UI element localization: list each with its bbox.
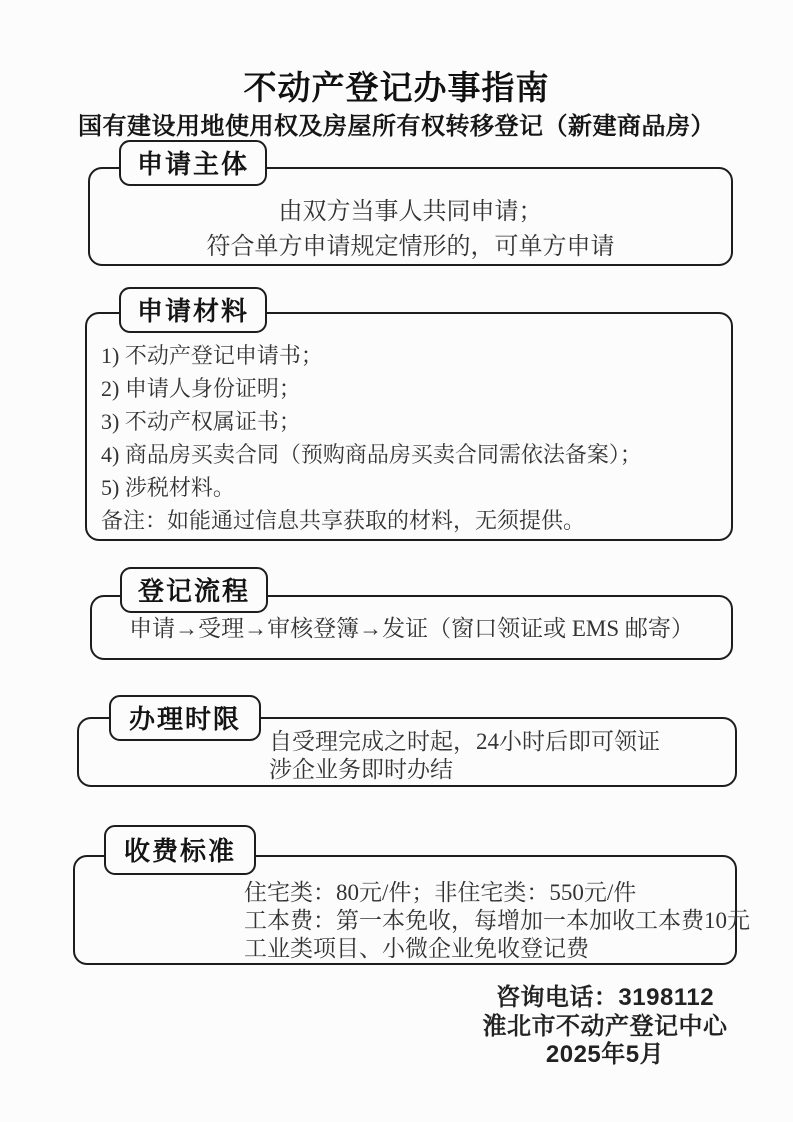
fees-line-3: 工业类项目、小微企业免收登记费 xyxy=(244,935,735,963)
page-title: 不动产登记办事指南 xyxy=(0,62,793,109)
time-limit-line-2: 涉企业务即时办结 xyxy=(269,756,735,784)
section-process-tab: 登记流程 xyxy=(120,567,268,613)
section-applicant-tab: 申请主体 xyxy=(119,140,267,186)
materials-item-3: 3) 不动产权属证书； xyxy=(101,405,715,438)
section-process: 登记流程 申请→受理→审核登簿→发证（窗口领证或 EMS 邮寄） xyxy=(90,595,733,660)
section-materials: 申请材料 1) 不动产登记申请书； 2) 申请人身份证明； 3) 不动产权属证书… xyxy=(85,312,733,541)
section-process-label: 登记流程 xyxy=(138,571,250,608)
organization-name: 淮北市不动产登记中心 xyxy=(439,1013,771,1042)
document-page: 不动产登记办事指南 国有建设用地使用权及房屋所有权转移登记（新建商品房） 申请主… xyxy=(0,0,793,1122)
section-fees-label: 收费标准 xyxy=(124,831,236,868)
section-applicant-label: 申请主体 xyxy=(137,144,249,181)
section-fees: 收费标准 住宅类：80元/件；非住宅类：550元/件 工本费：第一本免收，每增加… xyxy=(73,855,737,965)
contact-phone: 咨询电话：3198112 xyxy=(439,984,771,1013)
fees-line-1: 住宅类：80元/件；非住宅类：550元/件 xyxy=(244,879,735,907)
issue-date: 2025年5月 xyxy=(439,1041,771,1070)
page-subtitle: 国有建设用地使用权及房屋所有权转移登记（新建商品房） xyxy=(0,106,793,141)
materials-item-2: 2) 申请人身份证明； xyxy=(101,372,715,405)
materials-item-1: 1) 不动产登记申请书； xyxy=(101,339,715,372)
materials-item-4: 4) 商品房买卖合同（预购商品房买卖合同需依法备案）； xyxy=(101,438,715,471)
materials-item-5: 5) 涉税材料。 xyxy=(101,471,715,504)
materials-note: 备注：如能通过信息共享获取的材料，无须提供。 xyxy=(101,504,715,537)
applicant-line-2: 符合单方申请规定情形的，可单方申请 xyxy=(90,230,731,265)
section-materials-tab: 申请材料 xyxy=(119,287,267,333)
section-materials-content: 1) 不动产登记申请书； 2) 申请人身份证明； 3) 不动产权属证书； 4) … xyxy=(87,314,731,537)
applicant-line-1: 由双方当事人共同申请； xyxy=(90,195,731,230)
section-fees-tab: 收费标准 xyxy=(104,825,256,875)
section-time-limit-label: 办理时限 xyxy=(129,699,241,736)
section-time-limit-tab: 办理时限 xyxy=(109,695,261,741)
section-time-limit: 办理时限 自受理完成之时起，24小时后即可领证 涉企业务即时办结 xyxy=(77,717,737,787)
fees-line-2: 工本费：第一本免收，每增加一本加收工本费10元 xyxy=(244,907,735,935)
section-materials-label: 申请材料 xyxy=(137,291,249,328)
time-limit-line-1: 自受理完成之时起，24小时后即可领证 xyxy=(269,728,735,756)
section-applicant: 申请主体 由双方当事人共同申请； 符合单方申请规定情形的，可单方申请 xyxy=(88,167,733,266)
process-flow-line: 申请→受理→审核登簿→发证（窗口领证或 EMS 邮寄） xyxy=(92,614,731,644)
footer-contact-block: 咨询电话：3198112 淮北市不动产登记中心 2025年5月 xyxy=(439,984,771,1070)
